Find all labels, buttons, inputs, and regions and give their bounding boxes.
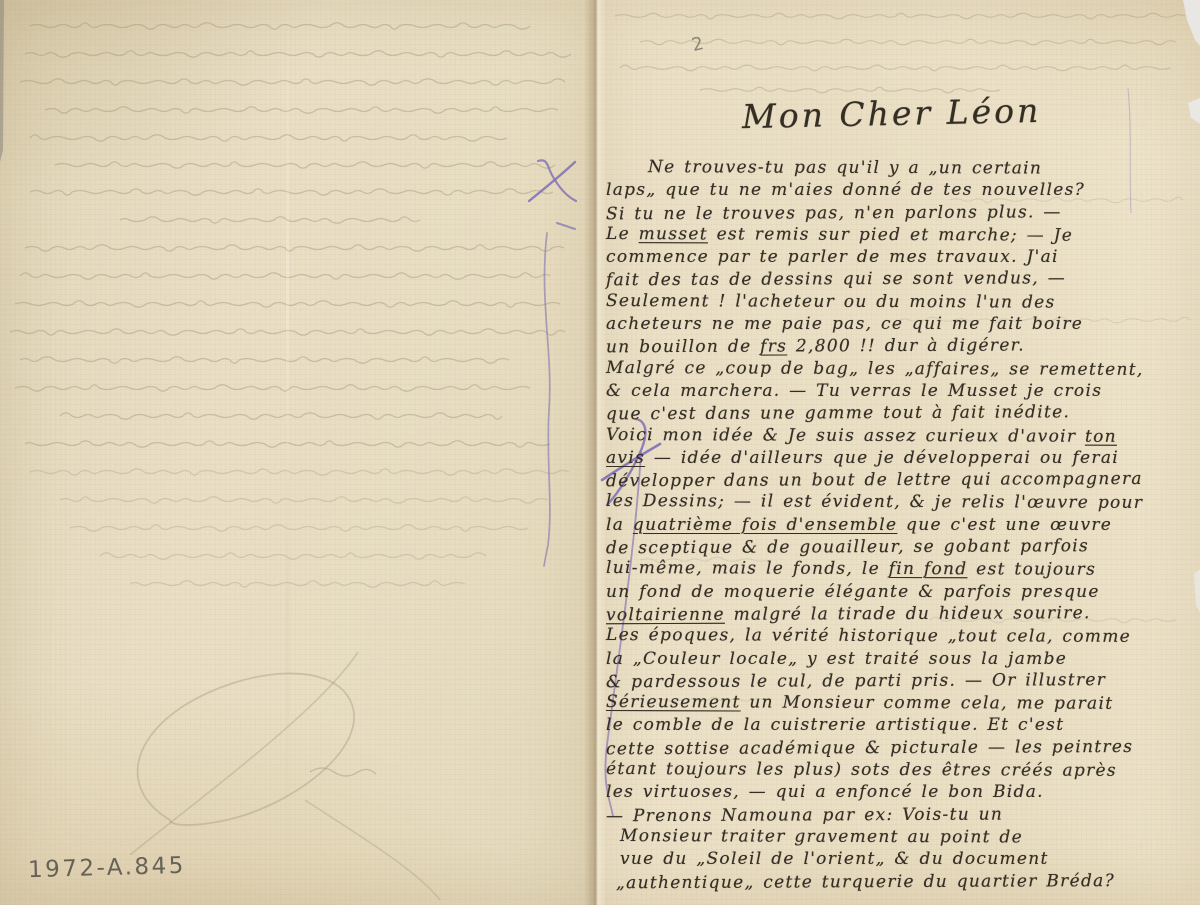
letter-salutation: Mon Cher Léon	[742, 91, 1042, 136]
letter-line: Malgré ce „coup de bag„ les „affaires„ s…	[598, 357, 1192, 381]
letter-body: Ne trouves-tu pas qu'il y a „un certainl…	[598, 157, 1192, 893]
letter-line: acheteurs ne me paie pas, ce qui me fait…	[598, 313, 1192, 335]
letter-line: les Dessins; — il est évident, & je reli…	[598, 490, 1192, 514]
letter-line: étant toujours les plus) sots des êtres …	[598, 758, 1192, 782]
letter-line: laps„ que tu ne m'aies donné de tes nouv…	[598, 179, 1192, 201]
letter-line: la quatrième fois d'ensemble que c'est u…	[598, 514, 1192, 536]
letter-line: les virtuoses, — qui a enfoncé le bon Bi…	[598, 781, 1192, 803]
letter-line: que c'est dans une gamme tout à fait iné…	[598, 401, 1192, 426]
letter-line: Si tu ne le trouves pas, n'en parlons pl…	[598, 200, 1192, 225]
letter-line: voltairienne malgré la tirade du hideux …	[598, 602, 1192, 627]
letter-line: de sceptique & de gouailleur, se gobant …	[598, 535, 1192, 560]
letter-page-left-verso	[0, 0, 596, 905]
letter-line: — Prenons Namouna par ex: Vois-tu un	[598, 802, 1192, 827]
letter-line: commence par te parler de mes travaux. J…	[598, 246, 1192, 268]
letter-line: & pardessous le cul, de parti pris. — Or…	[598, 669, 1192, 694]
letter-line: Les époques, la vérité historique „tout …	[598, 624, 1192, 648]
letter-line: la „Couleur locale„ y est traité sous la…	[598, 648, 1192, 670]
letter-line: Le musset est remis sur pied et marche; …	[598, 223, 1192, 247]
letter-line: Sérieusement un Monsieur comme cela, me …	[598, 691, 1192, 715]
letter-line: vue du „Soleil de l'orient„ & du documen…	[598, 848, 1192, 870]
letter-line: un bouillon de frs 2,800 !! dur à digére…	[598, 334, 1192, 359]
letter-line: Seulement ! l'acheteur ou du moins l'un …	[598, 290, 1192, 314]
letter-line: „authentique„ cette turquerie du quartie…	[598, 869, 1192, 894]
letter-line: cette sottise académique & picturale — l…	[598, 735, 1192, 760]
letter-line: Ne trouves-tu pas qu'il y a „un certain	[598, 156, 1192, 180]
letter-line: lui-même, mais le fonds, le fin fond est…	[598, 557, 1192, 581]
letter-line: avis — idée d'ailleurs que je développer…	[598, 447, 1192, 469]
letter-line: Voici mon idée & Je suis assez curieux d…	[598, 424, 1192, 448]
letter-line: un fond de moquerie élégante & parfois p…	[598, 581, 1192, 603]
letter-line: & cela marchera. — Tu verras le Musset j…	[598, 380, 1192, 402]
letter-line: fait des tas de dessins qui se sont vend…	[598, 267, 1192, 292]
letter-line: Monsieur traiter gravement au point de	[598, 825, 1192, 849]
letter-line: développer dans un bout de lettre qui ac…	[598, 468, 1192, 493]
letter-line: le comble de la cuistrerie artistique. E…	[598, 714, 1192, 736]
catalog-number: 1972-A.845	[28, 853, 187, 883]
letter-scan: 2 Mon Cher Léon Ne trouves-tu pas qu'il …	[0, 0, 1200, 905]
